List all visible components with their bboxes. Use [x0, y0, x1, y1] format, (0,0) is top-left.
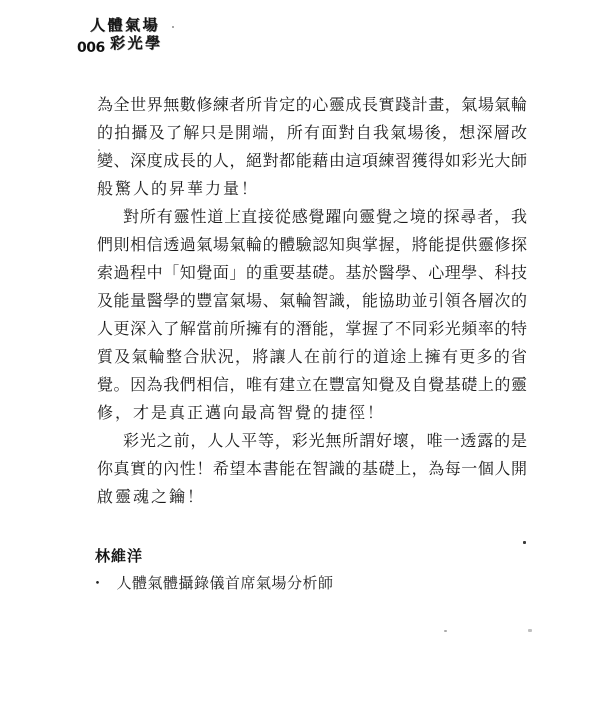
author-title-line: ・人體氣體攝錄儀首席氣場分析師: [90, 574, 334, 594]
bullet-icon: ・: [90, 574, 106, 594]
scan-speck: [238, 210, 240, 212]
scan-speck: [444, 630, 447, 632]
scan-speck: [528, 629, 532, 632]
text-line: 的拍攝及了解只是開端，所有面對自我氣場後，想深層改: [97, 120, 527, 148]
text-line: 你真實的內性！希望本書能在智識的基礎上，為每一個人開: [97, 456, 527, 484]
book-logo-subtitle: 彩光學: [110, 35, 163, 52]
text-line: 索過程中「知覺面」的重要基礎。基於醫學、心理學、科技: [97, 260, 527, 288]
text-line: 修，才是真正邁向最高智覺的捷徑！: [97, 400, 527, 428]
text-line: 為全世界無數修練者所肯定的心靈成長實踐計畫，氣場氣輪: [97, 92, 527, 120]
text-line: 覺。因為我們相信，唯有建立在豐富知覺及自覺基礎上的靈: [97, 372, 527, 400]
page-number: 006: [77, 40, 105, 56]
author-title: 人體氣體攝錄儀首席氣場分析師: [117, 575, 334, 592]
text-line: 及能量醫學的豐富氣場、氣輪智識，能協助並引領各層次的: [97, 288, 527, 316]
scanned-book-page: 人體氣場 彩光學 006 為全世界無數修練者所肯定的心靈成長實踐計畫，氣場氣輪 …: [0, 0, 601, 706]
scan-speck: [523, 541, 526, 544]
text-line: 啟靈魂之鑰！: [97, 484, 527, 512]
text-line: 彩光之前，人人平等，彩光無所謂好壞，唯一透露的是: [97, 428, 527, 456]
author-name: 林維洋: [95, 547, 143, 567]
text-line: 們則相信透過氣場氣輪的體驗認知與掌握，將能提供靈修探: [97, 232, 527, 260]
text-line: 對所有靈性道上直接從感覺躍向靈覺之境的探尋者，我: [97, 204, 527, 232]
text-line: 變、深度成長的人，絕對都能藉由這項練習獲得如彩光大師: [97, 148, 527, 176]
text-line: 人更深入了解當前所擁有的潛能，掌握了不同彩光頻率的特: [97, 316, 527, 344]
book-logo-title: 人體氣場: [90, 17, 160, 34]
body-text: 為全世界無數修練者所肯定的心靈成長實踐計畫，氣場氣輪 的拍攝及了解只是開端，所有…: [97, 92, 527, 512]
scan-speck: [172, 26, 174, 28]
text-line: 般驚人的昇華力量！: [97, 176, 527, 204]
scan-speck: [98, 149, 100, 151]
text-line: 質及氣輪整合狀況，將讓人在前行的道途上擁有更多的省: [97, 344, 527, 372]
